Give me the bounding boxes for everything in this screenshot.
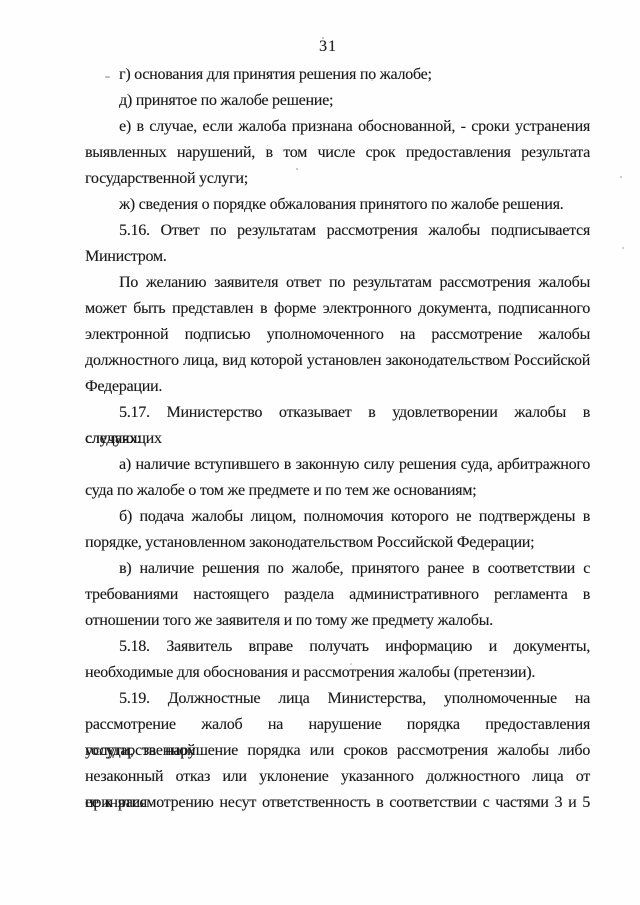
- text-line: Федерации.: [85, 374, 590, 400]
- scan-speck: [371, 79, 373, 81]
- text-line: государственной услуги;: [85, 166, 590, 192]
- text-line: электронной подписью уполномоченного на …: [85, 322, 590, 348]
- text-line: 5.18. Заявитель вправе получать информац…: [85, 634, 590, 660]
- text-line: д) принятое по жалобе решение;: [85, 88, 590, 114]
- text-line: По желанию заявителя ответ по результата…: [85, 270, 590, 296]
- text-line: 5.17. Министерство отказывает в удовлетв…: [85, 400, 590, 426]
- scan-speck: [350, 663, 352, 665]
- text-line: в) наличие решения по жалобе, принятого …: [85, 556, 590, 582]
- text-line: должностного лица, вид которой установле…: [85, 348, 590, 374]
- text-line: незаконный отказ или уклонение указанног…: [85, 764, 590, 790]
- text-line: ж) сведения о порядке обжалования принят…: [85, 192, 590, 218]
- text-block: г) основания для принятия решения по жал…: [85, 62, 590, 816]
- text-line: б) подача жалобы лицом, полномочия котор…: [85, 504, 590, 530]
- scan-speck: [105, 76, 110, 78]
- scan-speck: [296, 168, 298, 170]
- text-line: 5.16. Ответ по результатам рассмотрения …: [85, 218, 590, 244]
- scan-speck: [620, 176, 622, 178]
- text-line: суда по жалобе о том же предмете и по те…: [85, 478, 590, 504]
- text-line: отношении того же заявителя и по тому же…: [85, 608, 590, 634]
- text-line: а) наличие вступившего в законную силу р…: [85, 452, 590, 478]
- text-line: услуги, за нарушение порядка или сроков …: [85, 738, 590, 764]
- text-line: может быть представлен в форме электронн…: [85, 296, 590, 322]
- text-line: рассмотрение жалоб на нарушение порядка …: [85, 712, 590, 738]
- text-line: Министром.: [85, 244, 590, 270]
- text-line: е) в случае, если жалоба признана обосно…: [85, 114, 590, 140]
- text-line: требованиями настоящего раздела админист…: [85, 582, 590, 608]
- text-line: порядке, установленном законодательством…: [85, 530, 590, 556]
- text-line: г) основания для принятия решения по жал…: [85, 62, 590, 88]
- text-line: необходимые для обоснования и рассмотрен…: [85, 660, 590, 686]
- scan-speck: [622, 247, 624, 249]
- scan-speck: [322, 37, 324, 39]
- text-line: ее к рассмотрению несут ответственность …: [85, 790, 590, 816]
- text-line: выявленных нарушений, в том числе срок п…: [85, 140, 590, 166]
- document-page: 31 г) основания для принятия решения по …: [0, 0, 640, 905]
- scan-speck: [509, 353, 511, 355]
- scanned-document: { "document": { "page_number": "31", "li…: [0, 0, 640, 905]
- page-number: 31: [8, 34, 640, 60]
- text-line: 5.19. Должностные лица Министерства, упо…: [85, 686, 590, 712]
